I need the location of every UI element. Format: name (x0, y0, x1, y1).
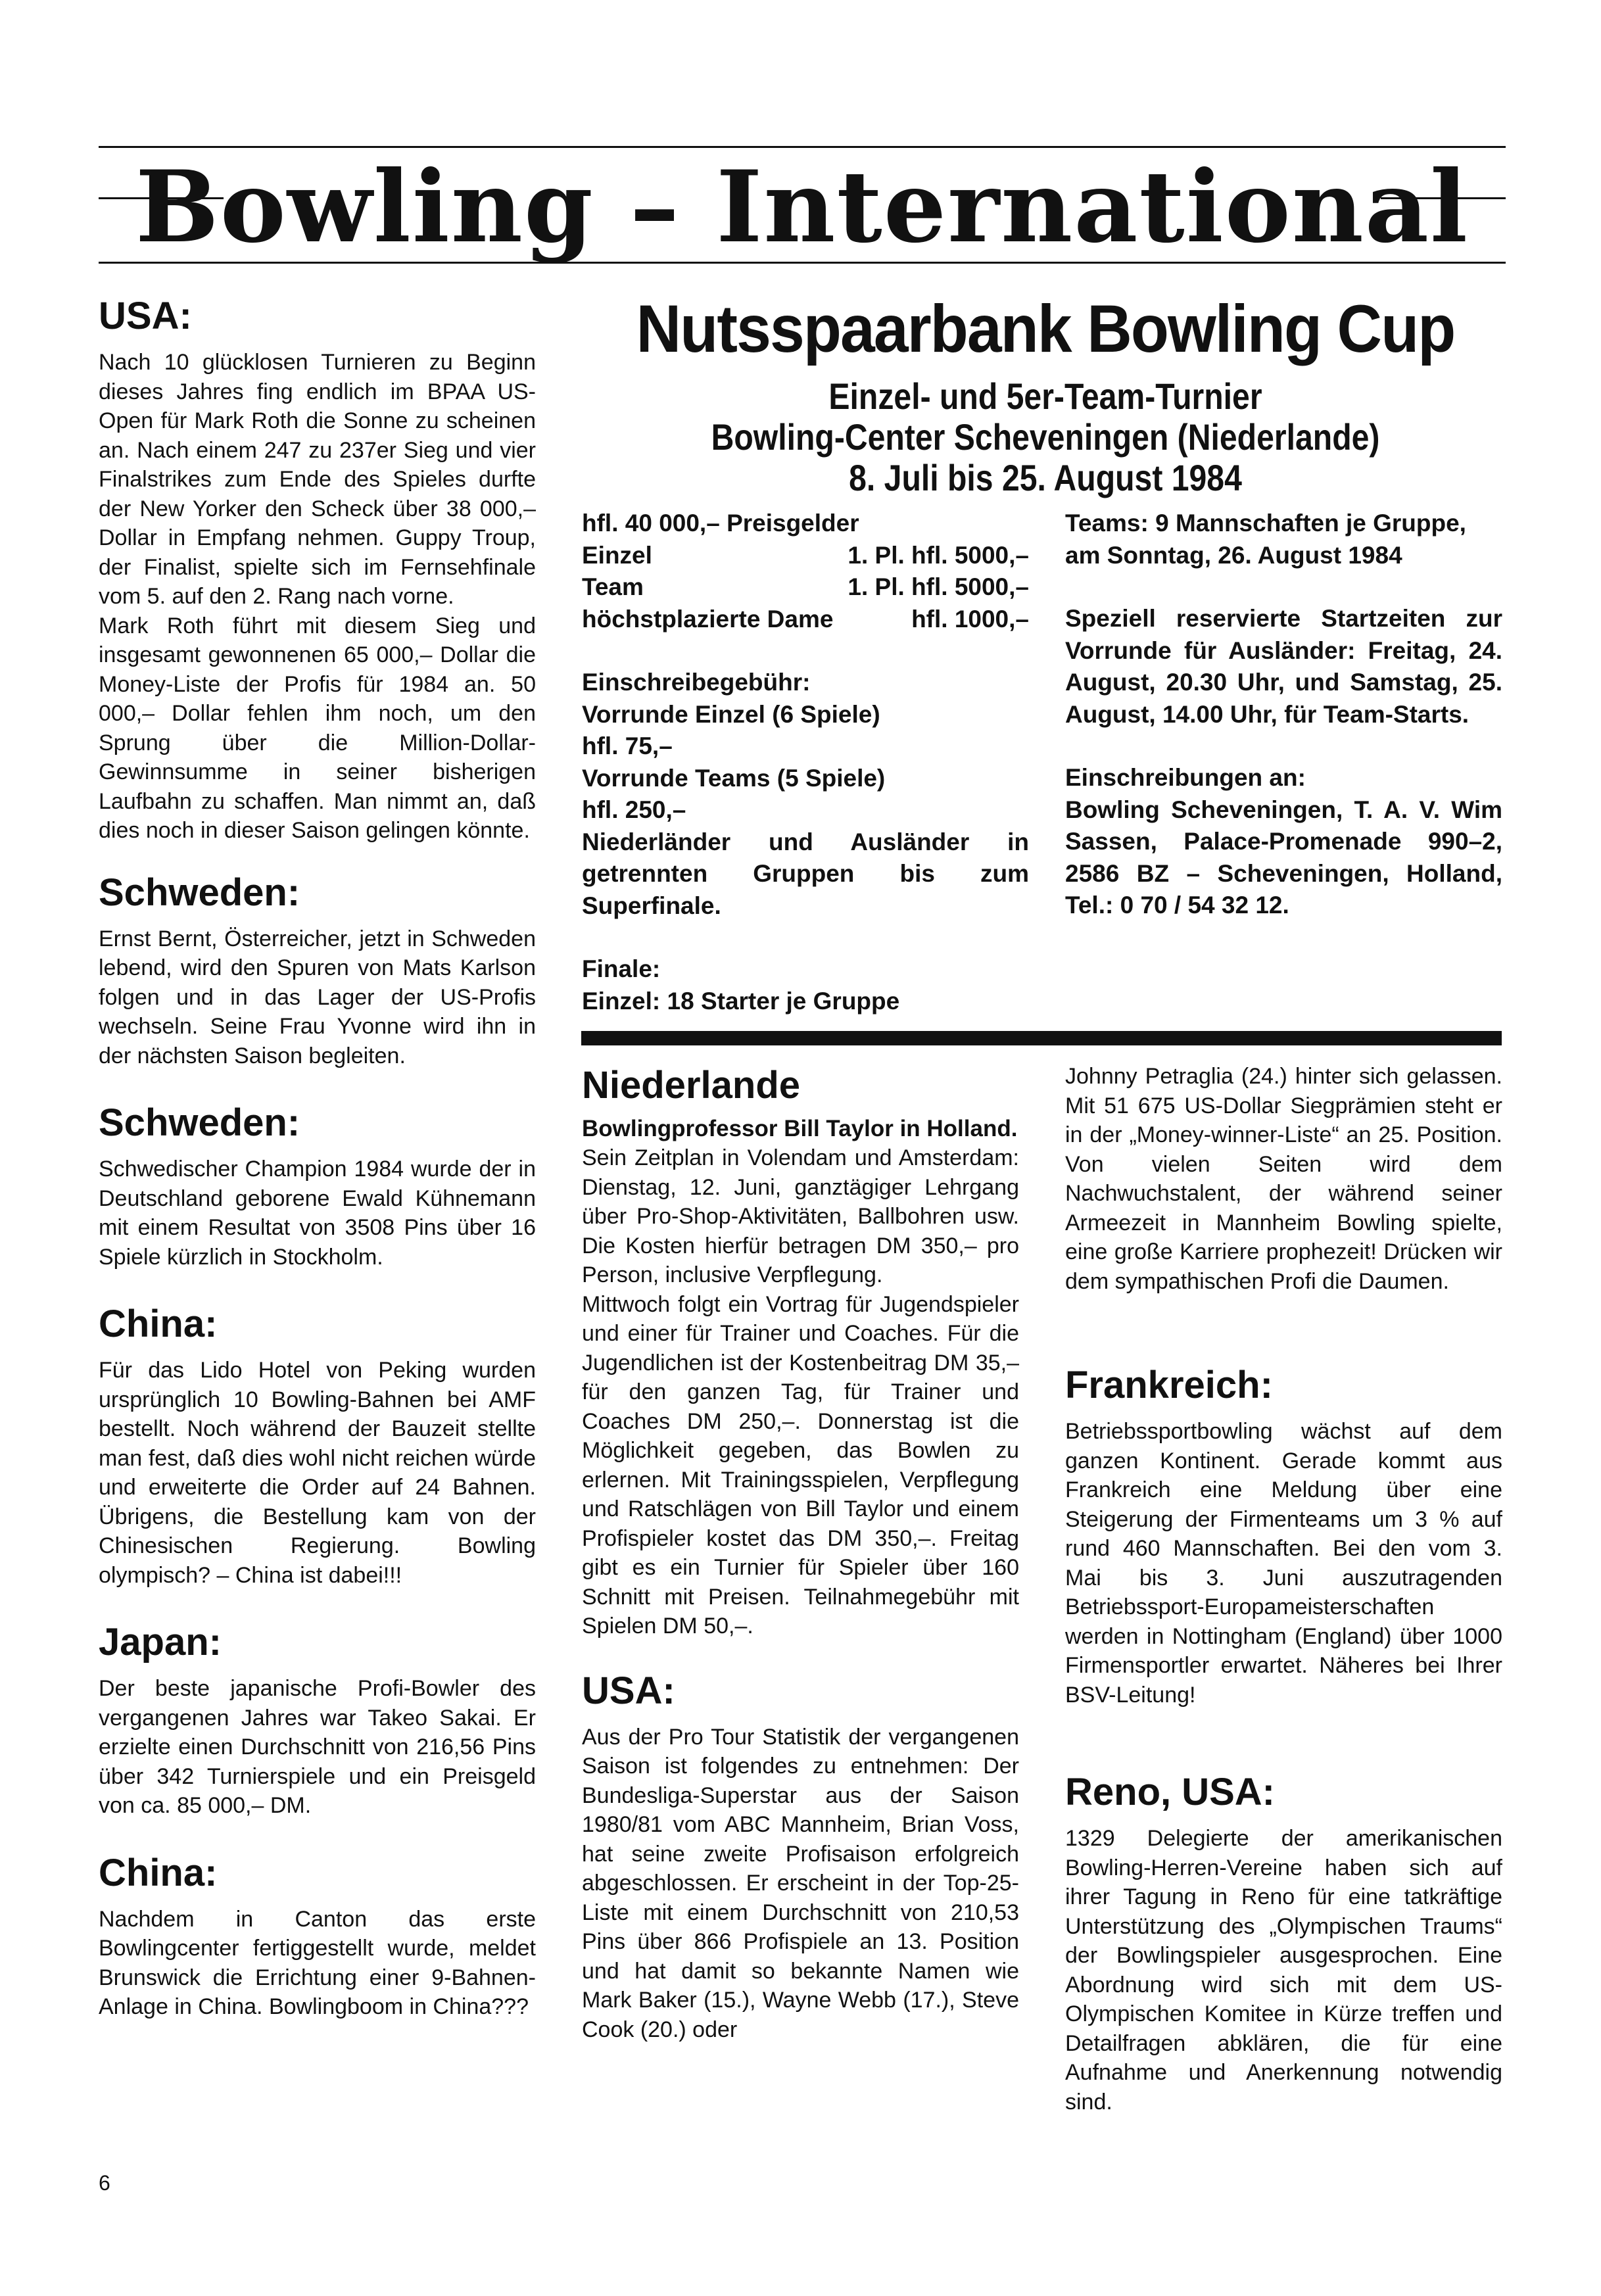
article-china-1: China: Für das Lido Hotel von Peking wur… (99, 1301, 536, 1590)
fees-einzel-label: Vorrunde Einzel (6 Spiele) (582, 699, 1029, 731)
article-usa-continued: Johnny Petraglia (24.) hinter sich gelas… (1065, 1062, 1502, 1296)
fees-teams-amount: hfl. 250,– (582, 794, 1029, 826)
article-body: Betriebssportbowling wächst auf dem ganz… (1065, 1417, 1502, 1710)
article-heading: China: (99, 1850, 536, 1897)
page-number: 6 (99, 2171, 110, 2195)
finale-date: am Sonntag, 26. August 1984 (1065, 540, 1502, 572)
prize-label: Einzel (582, 540, 652, 572)
masthead: Bowling – International (99, 148, 1506, 266)
article-usa-brian-voss: USA: Aus der Pro Tour Statistik der verg… (582, 1667, 1019, 2045)
article-japan: Japan: Der beste japanische Profi-Bowler… (99, 1619, 536, 1821)
finale-teams: Teams: 9 Mannschaften je Gruppe, (1065, 508, 1502, 540)
finale-heading: Finale: (582, 953, 1029, 986)
article-body: Nachdem in Canton das erste Bowlingcente… (99, 1905, 536, 2022)
prize-row-einzel: Einzel 1. Pl. hfl. 5000,– (582, 540, 1029, 572)
cup-subtitle-dates: 8. Juli bis 25. August 1984 (644, 458, 1446, 498)
middle-column: Niederlande Bowlingprofessor Bill Taylor… (582, 1062, 1019, 2073)
prize-value: 1. Pl. hfl. 5000,– (848, 540, 1029, 572)
prize-row-team: Team 1. Pl. hfl. 5000,– (582, 571, 1029, 604)
cup-subtitle-venue: Bowling-Center Scheveningen (Niederlande… (644, 417, 1446, 458)
article-heading: Frankreich: (1065, 1362, 1502, 1409)
reserved-start-times: Speziell reservierte Startzeiten zur Vor… (1065, 603, 1502, 730)
article-body: Nach 10 glücklosen Turnieren zu Beginn d… (99, 348, 536, 611)
left-column: USA: Nach 10 glücklosen Turnieren zu Beg… (99, 293, 536, 2051)
article-body-continued: Mark Roth führt mit diesem Sieg und insg… (99, 611, 536, 846)
article-heading: USA: (582, 1667, 1019, 1715)
article-body: Der beste japanische Profi-Bowler des ve… (99, 1674, 536, 1821)
article-heading: Reno, USA: (1065, 1769, 1502, 1816)
article-china-2: China: Nachdem in Canton das erste Bowli… (99, 1850, 536, 2022)
fees-heading: Einschreibegebühr: (582, 667, 1029, 699)
article-heading: Schweden: (99, 869, 536, 917)
registration-heading: Einschreibungen an: (1065, 762, 1502, 794)
article-body-continued: Mittwoch folgt ein Vortrag für Jugendspi… (582, 1290, 1019, 1641)
cup-details-right: Teams: 9 Mannschaften je Gruppe, am Sonn… (1065, 508, 1502, 922)
article-heading: USA: (99, 293, 536, 340)
article-niederlande: Niederlande Bowlingprofessor Bill Taylor… (582, 1062, 1019, 1641)
masthead-bottom-rule (99, 262, 1506, 264)
article-heading: Niederlande (582, 1062, 1019, 1109)
article-body: Schwedischer Champion 1984 wurde der in … (99, 1155, 536, 1272)
prize-value: 1. Pl. hfl. 5000,– (848, 571, 1029, 604)
section-divider-bar (581, 1031, 1502, 1045)
cup-details-left: hfl. 40 000,– Preisgelder Einzel 1. Pl. … (582, 508, 1029, 1017)
prize-label: Team (582, 571, 644, 604)
article-usa: USA: Nach 10 glücklosen Turnieren zu Beg… (99, 293, 536, 846)
article-reno: Reno, USA: 1329 Delegierte der amerikani… (1065, 1769, 1502, 2117)
article-subheading: Bowlingprofessor Bill Taylor in Holland. (582, 1114, 1019, 1143)
right-column: Johnny Petraglia (24.) hinter sich gelas… (1065, 1062, 1502, 2145)
article-body: Sein Zeitplan in Volendam und Amsterdam:… (582, 1143, 1019, 1290)
article-body: Aus der Pro Tour Statistik der vergangen… (582, 1723, 1019, 2045)
registration-address: Bowling Scheveningen, T. A. V. Wim Sasse… (1065, 794, 1502, 922)
article-body: Johnny Petraglia (24.) hinter sich gelas… (1065, 1062, 1502, 1296)
cup-title: Nutsspaarbank Bowling Cup (611, 293, 1480, 365)
article-body: 1329 Delegierte der amerikanischen Bowli… (1065, 1824, 1502, 2117)
article-body: Für das Lido Hotel von Peking wurden urs… (99, 1356, 536, 1590)
article-body: Ernst Bernt, Österreicher, jetzt in Schw… (99, 924, 536, 1071)
article-schweden-2: Schweden: Schwedischer Champion 1984 wur… (99, 1099, 536, 1272)
prize-label: höchstplazierte Dame (582, 604, 833, 636)
fees-teams-label: Vorrunde Teams (5 Spiele) (582, 763, 1029, 795)
article-heading: China: (99, 1301, 536, 1348)
finale-einzel: Einzel: 18 Starter je Gruppe (582, 986, 1029, 1018)
cup-subtitle-event: Einzel- und 5er-Team-Turnier (644, 376, 1446, 417)
prize-value: hfl. 1000,– (911, 604, 1029, 636)
prize-total: hfl. 40 000,– Preisgelder (582, 508, 1029, 540)
page-title: Bowling – International (99, 148, 1506, 266)
prize-row-dame: höchstplazierte Dame hfl. 1000,– (582, 604, 1029, 636)
article-frankreich: Frankreich: Betriebssportbowling wächst … (1065, 1362, 1502, 1710)
article-heading: Schweden: (99, 1099, 536, 1147)
article-heading: Japan: (99, 1619, 536, 1666)
fees-note: Niederländer und Ausländer in getrennten… (582, 826, 1029, 922)
cup-subtitle: Einzel- und 5er-Team-Turnier Bowling-Cen… (644, 376, 1446, 498)
article-schweden-1: Schweden: Ernst Bernt, Österreicher, jet… (99, 869, 536, 1071)
fees-einzel-amount: hfl. 75,– (582, 730, 1029, 763)
